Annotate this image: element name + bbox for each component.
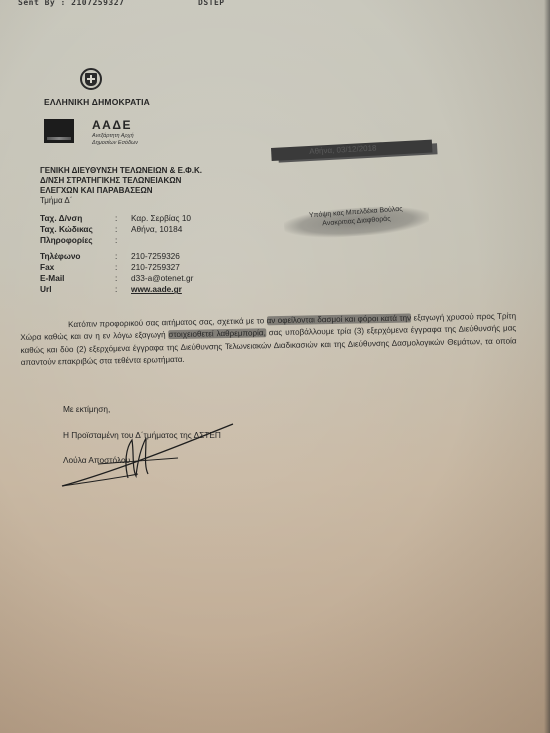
- contact-row-fax: Fax:210-7259327: [40, 262, 193, 273]
- redacted-date: Αθήνα, 03/12/2018: [271, 140, 432, 161]
- body-text: Κατόπιν προφορικού σας αιτήματος σας, σχ…: [68, 316, 267, 329]
- agency-subtitle-line-1: Ανεξάρτητη Αρχή: [92, 133, 138, 140]
- contact-row-address: Ταχ. Δ/νση:Καρ. Σερβίας 10: [40, 213, 193, 224]
- contact-row-url: Url:www.aade.gr: [40, 284, 193, 295]
- department-line-3: ΕΛΕΓΧΩΝ ΚΑΙ ΠΑΡΑΒΑΣΕΩΝ: [40, 186, 202, 196]
- contact-separator: :: [115, 224, 131, 235]
- aade-logo-icon: [44, 119, 74, 143]
- closing-salutation: Με εκτίμηση,: [63, 404, 110, 414]
- date-text: Αθήνα, 03/12/2018: [309, 143, 377, 156]
- department-line-1: ΓΕΝΙΚΗ ΔΙΕΥΘΥΝΣΗ ΤΕΛΩΝΕΙΩΝ & Ε.Φ.Κ.: [40, 166, 202, 176]
- contact-row-email: E-Mail:d33-a@otenet.gr: [40, 273, 193, 284]
- fax-sender-prefix: Sent By: [18, 0, 55, 7]
- handwritten-signature-icon: [58, 418, 238, 490]
- contact-label: Πληροφορίες: [40, 235, 115, 246]
- contact-value: Αθήνα, 10184: [131, 224, 182, 235]
- agency-subtitle: Ανεξάρτητη Αρχή Δημοσίων Εσόδων: [92, 133, 138, 147]
- website-link[interactable]: www.aade.gr: [131, 284, 182, 294]
- contact-row-phone: Τηλέφωνο:210-7259326: [40, 251, 193, 262]
- fax-sender-code: DSTEP: [198, 0, 225, 7]
- contact-label: Ταχ. Δ/νση: [40, 213, 115, 224]
- contact-row-postcode: Ταχ. Κώδικας:Αθήνα, 10184: [40, 224, 193, 235]
- highlighted-text: αν οφείλονται δασμοί και φόροι κατά την: [267, 313, 412, 325]
- contact-value: 210-7259326: [131, 251, 180, 262]
- contact-separator: :: [115, 284, 131, 295]
- contact-separator: :: [115, 273, 131, 284]
- contact-row-info: Πληροφορίες:: [40, 235, 193, 246]
- contact-label: Fax: [40, 262, 115, 273]
- contact-separator: :: [115, 251, 131, 262]
- highlighted-text: στοιχειοθετεί λαθρεμπορία,: [168, 329, 266, 340]
- body-text: σας υποβάλλουμε τρία (3) εξερχόμενα έγγρ…: [20, 324, 516, 367]
- recipient-block-redacted: Υπόψη κας Μπελδέκα Βούλας Ανακριτιας Δια…: [283, 203, 430, 241]
- agency-name: ΑΑΔΕ: [92, 118, 132, 132]
- fax-number: 2107259327: [71, 0, 124, 7]
- contact-label: Url: [40, 284, 115, 295]
- contact-value: 210-7259327: [131, 262, 180, 273]
- greek-coat-of-arms-icon: [80, 68, 102, 90]
- department-line-2: Δ/ΝΣΗ ΣΤΡΑΤΗΓΙΚΗΣ ΤΕΛΩΝΕΙΑΚΩΝ: [40, 176, 202, 186]
- department-block: ΓΕΝΙΚΗ ΔΙΕΥΘΥΝΣΗ ΤΕΛΩΝΕΙΩΝ & Ε.Φ.Κ. Δ/ΝΣ…: [40, 166, 202, 206]
- republic-heading: ΕΛΛΗΝΙΚΗ ΔΗΜΟΚΡΑΤΙΑ: [44, 97, 150, 107]
- email-link[interactable]: d33-a@otenet.gr: [131, 273, 193, 284]
- agency-subtitle-line-2: Δημοσίων Εσόδων: [92, 140, 138, 147]
- contact-label: Τηλέφωνο: [40, 251, 115, 262]
- body-paragraph: Κατόπιν προφορικού σας αιτήματος σας, σχ…: [20, 310, 517, 369]
- page-edge-shadow: [544, 0, 550, 733]
- contact-label: Ταχ. Κώδικας: [40, 224, 115, 235]
- contact-separator: :: [115, 262, 131, 273]
- contact-details: Ταχ. Δ/νση:Καρ. Σερβίας 10 Ταχ. Κώδικας:…: [40, 213, 193, 295]
- contact-label: E-Mail: [40, 273, 115, 284]
- contact-value: Καρ. Σερβίας 10: [131, 213, 191, 224]
- department-unit: Τμήμα Δ΄: [40, 196, 202, 206]
- letter-body: Κατόπιν προφορικού σας αιτήματος σας, σχ…: [20, 310, 517, 369]
- contact-separator: :: [115, 235, 131, 246]
- contact-separator: :: [115, 213, 131, 224]
